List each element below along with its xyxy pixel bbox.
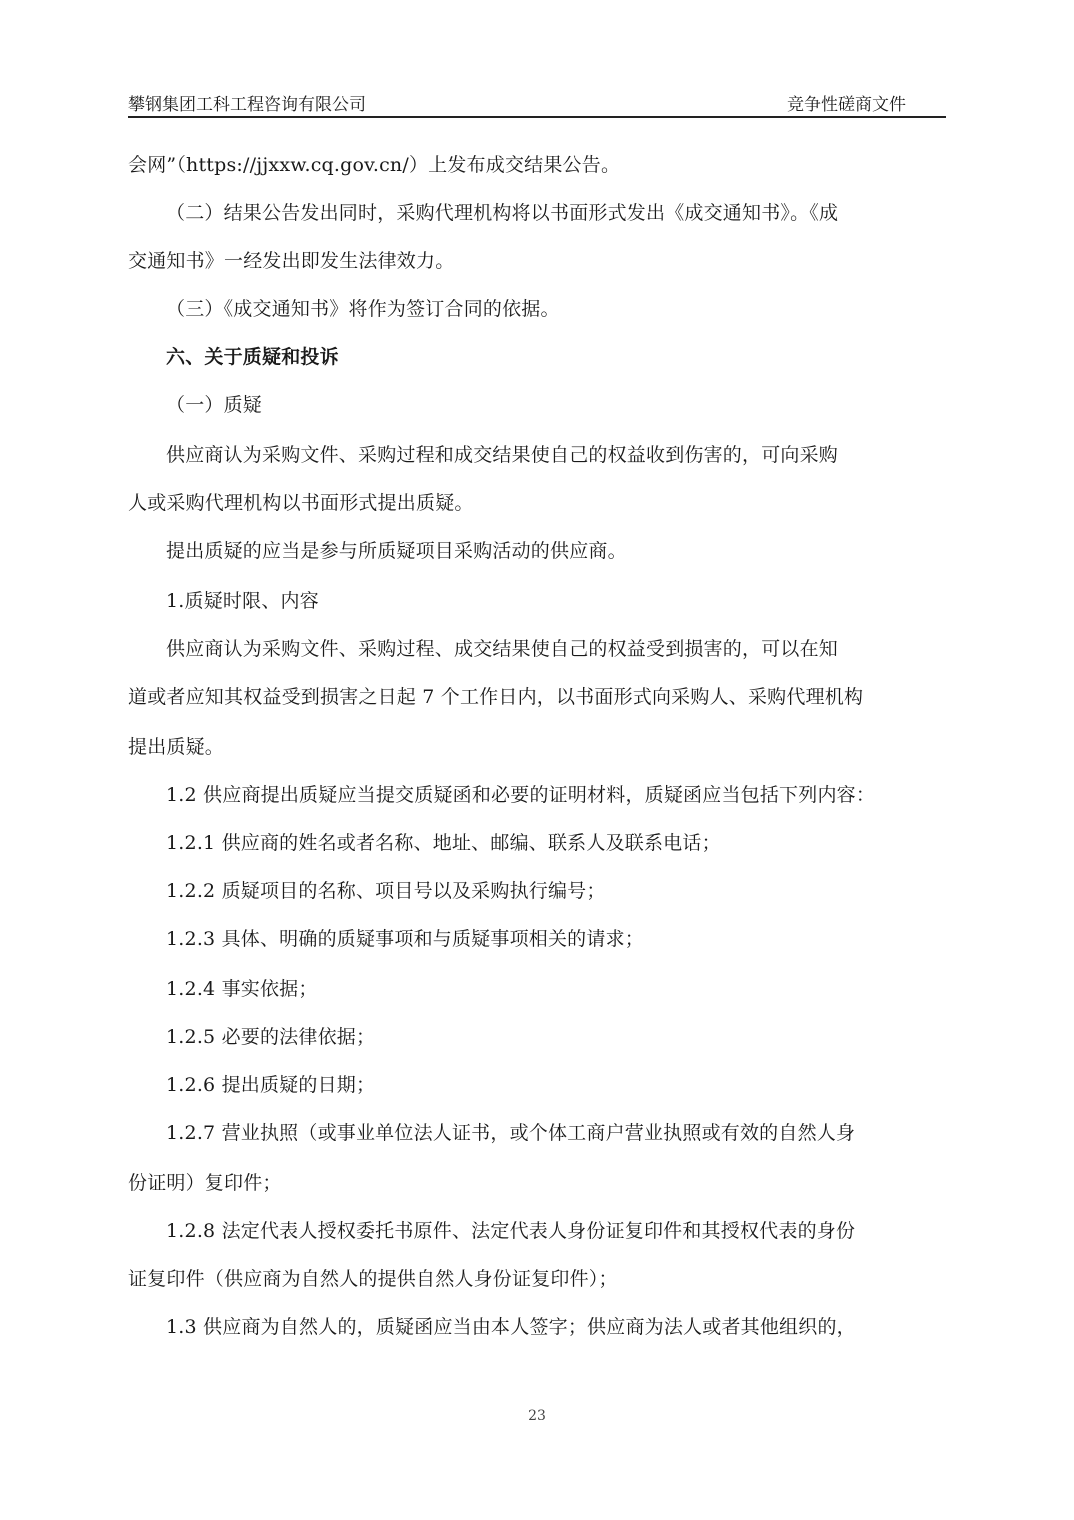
paragraph-line: （三）《成交通知书》将作为签订合同的依据。: [166, 294, 560, 321]
paragraph-line: 提出质疑。: [128, 732, 224, 759]
paragraph-line: 1.2 供应商提出质疑应当提交质疑函和必要的证明材料，质疑函应当包括下列内容：: [166, 780, 875, 807]
paragraph-line: 供应商认为采购文件、采购过程和成交结果使自己的权益收到伤害的，可向采购: [166, 440, 838, 467]
paragraph-line: 1.2.4 事实依据；: [166, 974, 318, 1001]
paragraph-line: 1.质疑时限、内容: [166, 586, 319, 613]
paragraph-line: （二）结果公告发出同时，采购代理机构将以书面形式发出《成交通知书》。《成: [166, 198, 838, 225]
paragraph-line: 证复印件（供应商为自然人的提供自然人身份证复印件）；: [128, 1264, 618, 1291]
paragraph-line: 1.2.8 法定代表人授权委托书原件、法定代表人身份证复印件和其授权代表的身份: [166, 1216, 855, 1243]
paragraph-line: 1.2.5 必要的法律依据；: [166, 1022, 375, 1049]
document-type: 竞争性磋商文件: [787, 90, 906, 115]
paragraph-line: 1.3 供应商为自然人的，质疑函应当由本人签字；供应商为法人或者其他组织的，: [166, 1312, 856, 1339]
paragraph-line: 交通知书》一经发出即发生法律效力。: [128, 246, 454, 273]
paragraph-line: 人或采购代理机构以书面形式提出质疑。: [128, 488, 474, 515]
paragraph-line: 1.2.3 具体、明确的质疑事项和与质疑事项相关的请求；: [166, 924, 644, 951]
section-heading: 六、关于质疑和投诉: [166, 342, 339, 369]
company-name: 攀钢集团工科工程咨询有限公司: [128, 90, 366, 115]
paragraph-line: 份证明）复印件；: [128, 1168, 282, 1195]
paragraph-line: 道或者应知其权益受到损害之日起 7 个工作日内，以书面形式向采购人、采购代理机构: [128, 682, 863, 709]
paragraph-line: 1.2.6 提出质疑的日期；: [166, 1070, 375, 1097]
paragraph-line: 供应商认为采购文件、采购过程、成交结果使自己的权益受到损害的，可以在知: [166, 634, 838, 661]
page-number: 23: [0, 1408, 1074, 1424]
paragraph-line: 1.2.2 质疑项目的名称、项目号以及采购执行编号；: [166, 876, 606, 903]
paragraph-line: （一）质疑: [166, 390, 262, 417]
paragraph-line: 会网”（https://jjxxw.cq.gov.cn/）上发布成交结果公告。: [128, 150, 620, 177]
paragraph-line: 提出质疑的应当是参与所质疑项目采购活动的供应商。: [166, 536, 627, 563]
paragraph-line: 1.2.7 营业执照（或事业单位法人证书，或个体工商户营业执照或有效的自然人身: [166, 1118, 855, 1145]
page-header: 攀钢集团工科工程咨询有限公司 竞争性磋商文件: [128, 90, 946, 118]
paragraph-line: 1.2.1 供应商的姓名或者名称、地址、邮编、联系人及联系电话；: [166, 828, 721, 855]
